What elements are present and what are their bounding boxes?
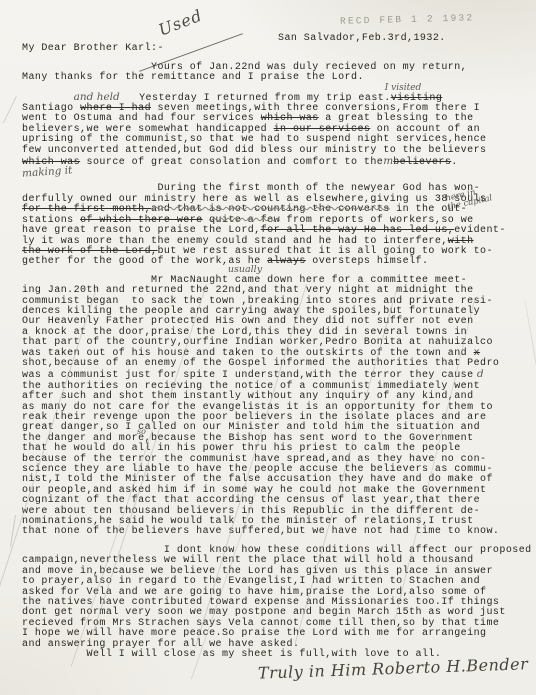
- letter-line: Many thanks for the remittance and I pra…: [22, 73, 530, 83]
- typed-text: have great reason to praise the Lord,: [22, 225, 261, 236]
- handwritten-correction: d: [474, 368, 484, 380]
- letter-line: which was source of great consolation an…: [22, 156, 530, 168]
- struck-text: believers: [393, 157, 451, 168]
- scanned-letter-page: RECD FEB 1 2 1932 Used San Salvador,Feb.…: [0, 0, 536, 695]
- handwritten-correction: and held: [74, 91, 120, 103]
- struck-text: for all the way He has led us,: [261, 225, 455, 236]
- typed-text: Our Heavenly Father protected His own an…: [22, 316, 474, 327]
- handwritten-correction: making it: [22, 167, 73, 178]
- paragraph: Yours of Jan.22nd was duly recieved on m…: [22, 63, 530, 84]
- typed-text: was taken out of his house and taken to …: [22, 348, 474, 359]
- typed-text: in the out-: [390, 204, 467, 215]
- typed-text: ly it was more than the enemy could stan…: [22, 236, 448, 247]
- typed-text: great danger,so I called on our Minister…: [22, 422, 480, 433]
- typed-text: that part of the country,ourfine Indian …: [22, 337, 493, 348]
- handwritten-insertion-above: so: [137, 427, 146, 437]
- paragraph: During the first month of the newyear Go…: [22, 184, 530, 267]
- letter-content: San Salvador,Feb.3rd,1932. My Dear Broth…: [22, 34, 530, 679]
- letter-line: few unconverted attended,but God did ble…: [22, 146, 530, 156]
- typed-text: ing Jan.20th and returned the 22nd,and t…: [22, 285, 474, 296]
- struck-text: which was: [261, 113, 319, 124]
- typed-text: oversteps himself.: [306, 256, 429, 267]
- struck-text: always: [267, 256, 306, 267]
- letter-line: gether for the good of the work,as he al…: [22, 257, 530, 267]
- typed-text: Yesterday I returned from my trip east.: [120, 93, 391, 104]
- paragraph: I dont know how these conditions will af…: [22, 546, 530, 660]
- salutation: My Dear Brother Karl:-: [22, 44, 530, 54]
- letter-line: that none of the believers have suffered…: [22, 527, 530, 537]
- typed-text: that he would do all in his power thru h…: [22, 443, 461, 454]
- struck-text: with: [448, 236, 474, 247]
- paragraph: and held Yesterday I returned from my tr…: [22, 92, 530, 177]
- typed-text: that none of the believers have suffered…: [22, 526, 499, 537]
- typed-text: source of great consolation and comfort …: [80, 157, 383, 168]
- letter-body: Yours of Jan.22nd was duly recieved on m…: [22, 63, 530, 661]
- typed-text: evident-: [454, 225, 506, 236]
- struck-text: visiting: [391, 93, 443, 104]
- typed-text: nist,I told the Minister of the false ac…: [22, 474, 493, 485]
- typed-text: and answering prayer for all we have ask…: [22, 639, 299, 650]
- letter-line: shot,because of an enemy of the Gospel i…: [22, 359, 530, 369]
- typed-text: campaign,nevertheless we will rent the p…: [22, 555, 474, 566]
- typed-text: Well I will close as my sheet is full,wi…: [22, 649, 441, 660]
- received-date-stamp: RECD FEB 1 2 1932: [340, 13, 475, 27]
- typed-text: shot,because of an enemy of the Gospel i…: [22, 358, 499, 369]
- handwritten-signature: Truly in Him Roberto H.Bender: [22, 659, 530, 687]
- pencil-squiggled-text: and that is not counting the converts: [151, 204, 390, 215]
- struck-text: x: [474, 348, 480, 359]
- typed-text: dont get normal very soon we may postpon…: [22, 607, 506, 618]
- paragraph: Mr MacNaught came down here for a commit…: [22, 276, 530, 538]
- typed-text: .: [451, 157, 457, 168]
- used-annotation: Used: [158, 10, 204, 36]
- handwritten-correction: m: [383, 155, 393, 167]
- handwritten-insertion-above: I visited: [385, 83, 422, 93]
- typed-text: to prayer,also in regard to the Evangeli…: [22, 576, 480, 587]
- typed-text: was a communist just for spite I underst…: [22, 370, 474, 381]
- typed-text: During the first month of the newyear Go…: [22, 183, 480, 194]
- typed-text: [22, 93, 74, 104]
- letter-line: making it: [22, 168, 530, 176]
- typed-text: few unconverted attended,but God did ble…: [22, 145, 486, 156]
- typed-text: uprising of the communist,so that we had…: [22, 134, 486, 145]
- typed-text: asked for Vela and we are going to have …: [22, 587, 486, 598]
- typed-text: as many do not care for the evangelistas…: [22, 402, 493, 413]
- typed-text: after such and shot them instantly witho…: [22, 391, 474, 402]
- struck-text: for the first month,: [22, 204, 151, 215]
- typed-text: went to Ostuma and had four services: [22, 113, 261, 124]
- typed-text: a great blessing to the: [319, 113, 474, 124]
- typed-text: Many thanks for the remittance and I pra…: [22, 72, 364, 83]
- pencil-stroke: [3, 96, 17, 123]
